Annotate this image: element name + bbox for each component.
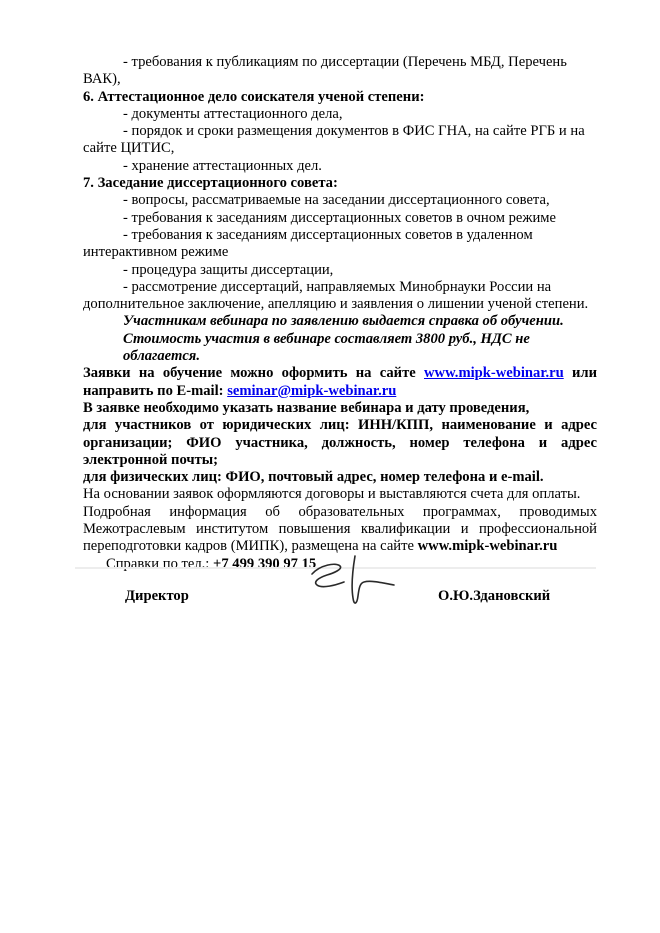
text-segment: - рассмотрение диссертаций, направляемых…	[123, 279, 551, 295]
text-segment: организации; ФИО участника, должность, н…	[83, 435, 597, 451]
text-line: для физических лиц: ФИО, почтовый адрес,…	[83, 469, 597, 486]
signer-title: Директор	[125, 588, 189, 605]
text-segment: - документы аттестационного дела,	[123, 106, 343, 122]
text-segment: www.mipk-webinar.ru	[418, 538, 558, 554]
text-segment: На основании заявок оформляются договоры…	[83, 486, 580, 502]
signature-block: Директор О.Ю.Здановский	[83, 586, 597, 626]
text-segment: дополнительное заключение, апелляцию и з…	[83, 296, 588, 312]
text-line: - требования к публикациям по диссертаци…	[83, 54, 597, 71]
email-link[interactable]: seminar@mipk-webinar.ru	[227, 383, 396, 399]
text-line: Заявки на обучение можно оформить на сай…	[83, 365, 597, 382]
text-line: - документы аттестационного дела,	[83, 106, 597, 123]
text-line: ВАК),	[83, 71, 597, 88]
text-segment: Справки по тел.:	[106, 556, 213, 572]
text-line: На основании заявок оформляются договоры…	[83, 486, 597, 503]
text-segment: для участников от юридических лиц: ИНН/К…	[83, 417, 597, 433]
text-segment: - хранение аттестационных дел.	[123, 158, 322, 174]
text-segment: - вопросы, рассматриваемые на заседании …	[123, 192, 550, 208]
text-line: В заявке необходимо указать название веб…	[83, 400, 597, 417]
text-segment: интерактивном режиме	[83, 244, 228, 260]
text-line: электронной почты;	[83, 452, 597, 469]
text-segment: Участникам вебинара по заявлению выдаетс…	[123, 313, 564, 329]
text-line: сайте ЦИТИС,	[83, 140, 597, 157]
text-segment: Стоимость участия в вебинаре составляет …	[123, 331, 530, 364]
text-line: 7. Заседание диссертационного совета:	[83, 175, 597, 192]
text-line: - хранение аттестационных дел.	[83, 158, 597, 175]
text-segment: 6. Аттестационное дело соискателя ученой…	[83, 89, 424, 105]
text-segment: для физических лиц: ФИО, почтовый адрес,…	[83, 469, 544, 485]
text-line: интерактивном режиме	[83, 244, 597, 261]
text-line: Участникам вебинара по заявлению выдаетс…	[83, 313, 597, 330]
text-segment: направить по E-mail:	[83, 383, 227, 399]
handwritten-signature-icon	[298, 552, 408, 616]
text-segment: Подробная информация об образовательных …	[83, 504, 597, 520]
text-segment: электронной почты;	[83, 452, 218, 468]
document-page: - требования к публикациям по диссертаци…	[0, 0, 660, 933]
text-line: направить по E-mail: seminar@mipk-webina…	[83, 383, 597, 400]
text-segment: сайте ЦИТИС,	[83, 140, 174, 156]
text-segment: Заявки на обучение можно оформить на сай…	[83, 365, 424, 381]
text-segment: - требования к публикациям по диссертаци…	[123, 54, 567, 70]
text-segment: - требования к заседаниям диссертационны…	[123, 227, 533, 243]
letter-body: - требования к публикациям по диссертаци…	[83, 54, 597, 573]
text-segment: Межотраслевым институтом повышения квали…	[83, 521, 597, 537]
text-line: организации; ФИО участника, должность, н…	[83, 435, 597, 452]
text-segment: В заявке необходимо указать название веб…	[83, 400, 529, 416]
text-segment: - процедура защиты диссертации,	[123, 262, 333, 278]
text-line: - порядок и сроки размещения документов …	[83, 123, 597, 140]
text-line: - процедура защиты диссертации,	[83, 262, 597, 279]
text-line: - требования к заседаниям диссертационны…	[83, 210, 597, 227]
text-line: дополнительное заключение, апелляцию и з…	[83, 296, 597, 313]
text-line: Стоимость участия в вебинаре составляет …	[83, 331, 597, 366]
text-line: 6. Аттестационное дело соискателя ученой…	[83, 89, 597, 106]
text-line: - вопросы, рассматриваемые на заседании …	[83, 192, 597, 209]
text-segment: - порядок и сроки размещения документов …	[123, 123, 585, 139]
text-segment: или	[564, 365, 597, 381]
text-line: Подробная информация об образовательных …	[83, 504, 597, 521]
signer-name: О.Ю.Здановский	[438, 588, 550, 605]
text-segment: - требования к заседаниям диссертационны…	[123, 210, 556, 226]
text-line: для участников от юридических лиц: ИНН/К…	[83, 417, 597, 434]
text-line: Межотраслевым институтом повышения квали…	[83, 521, 597, 538]
text-line: - рассмотрение диссертаций, направляемых…	[83, 279, 597, 296]
text-segment: 7. Заседание диссертационного совета:	[83, 175, 338, 191]
text-segment: ВАК),	[83, 71, 121, 87]
website-link[interactable]: www.mipk-webinar.ru	[424, 365, 564, 381]
text-line: - требования к заседаниям диссертационны…	[83, 227, 597, 244]
